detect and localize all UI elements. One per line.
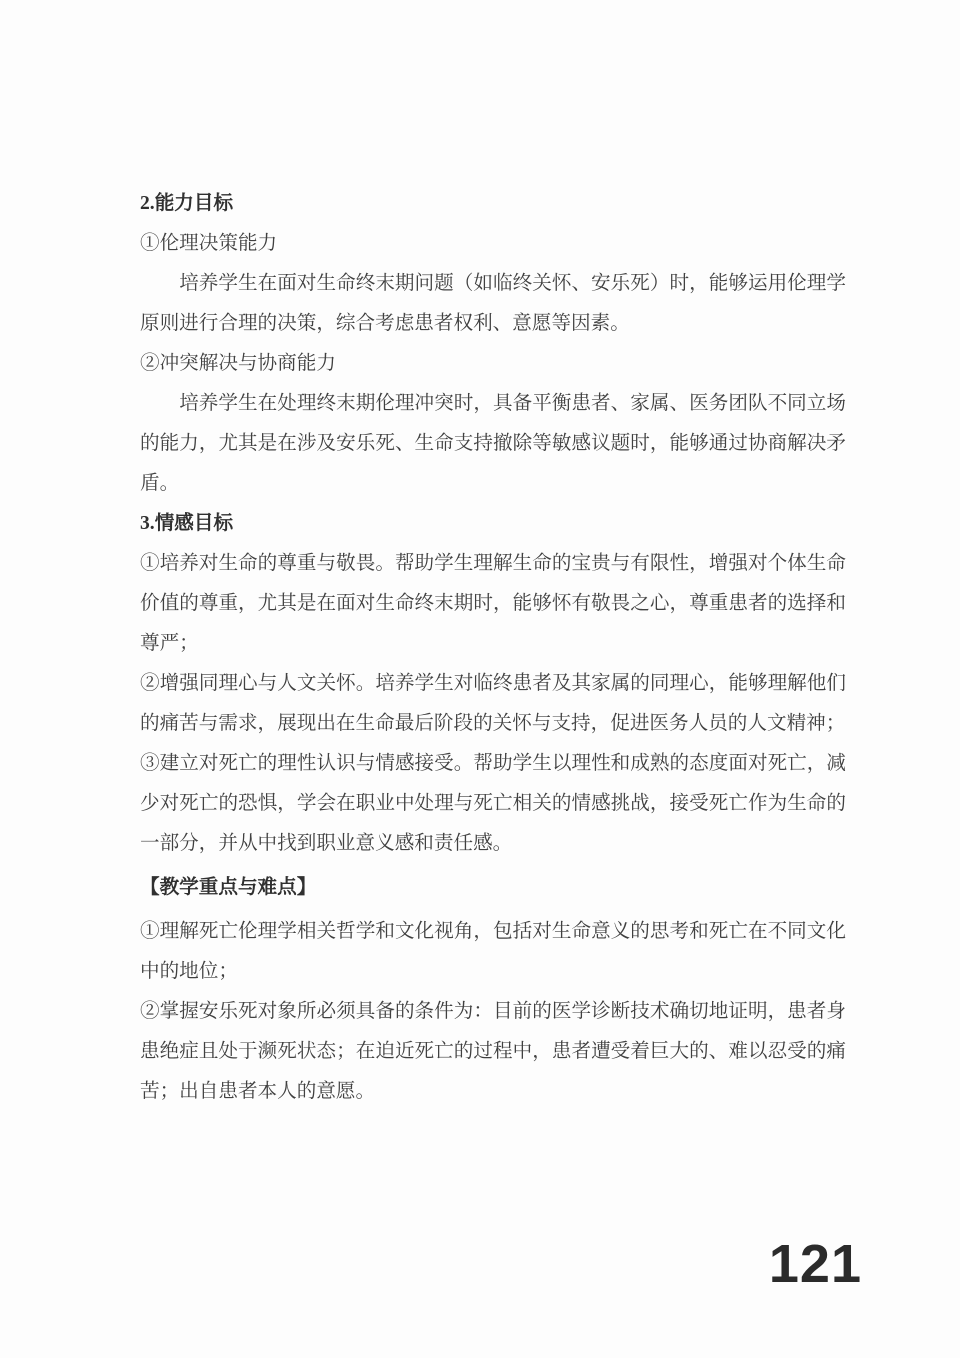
paragraph-philosophy-culture-perspective: ①理解死亡伦理学相关哲学和文化视角，包括对生命意义的思考和死亡在不同文化中的地位… <box>140 912 846 992</box>
paragraph-rational-acceptance-of-death: ③建立对死亡的理性认识与情感接受。帮助学生以理性和成熟的态度面对死亡，减少对死亡… <box>140 744 846 864</box>
paragraph-empathy-humanistic-care: ②增强同理心与人文关怀。培养学生对临终患者及其家属的同理心，能够理解他们的痛苦与… <box>140 664 846 744</box>
paragraph-ethical-decision-detail: 培养学生在面对生命终末期问题（如临终关怀、安乐死）时，能够运用伦理学原则进行合理… <box>140 264 846 344</box>
section-heading-emotional-goals: 3.情感目标 <box>140 504 846 544</box>
page-number: 121 <box>769 1233 862 1295</box>
section-heading-ability-goals: 2.能力目标 <box>140 184 846 224</box>
subheading-ethical-decision-ability: ①伦理决策能力 <box>140 224 846 264</box>
subheading-conflict-resolution-ability: ②冲突解决与协商能力 <box>140 344 846 384</box>
section-heading-teaching-key-points: 【教学重点与难点】 <box>140 868 846 908</box>
document-page: 2.能力目标 ①伦理决策能力 培养学生在面对生命终末期问题（如临终关怀、安乐死）… <box>0 0 960 1358</box>
paragraph-respect-for-life: ①培养对生命的尊重与敬畏。帮助学生理解生命的宝贵与有限性，增强对个体生命价值的尊… <box>140 544 846 664</box>
paragraph-euthanasia-conditions: ②掌握安乐死对象所必须具备的条件为：目前的医学诊断技术确切地证明，患者身患绝症且… <box>140 992 846 1112</box>
document-body: 2.能力目标 ①伦理决策能力 培养学生在面对生命终末期问题（如临终关怀、安乐死）… <box>140 184 846 1112</box>
paragraph-conflict-resolution-detail: 培养学生在处理终末期伦理冲突时，具备平衡患者、家属、医务团队不同立场的能力，尤其… <box>140 384 846 504</box>
